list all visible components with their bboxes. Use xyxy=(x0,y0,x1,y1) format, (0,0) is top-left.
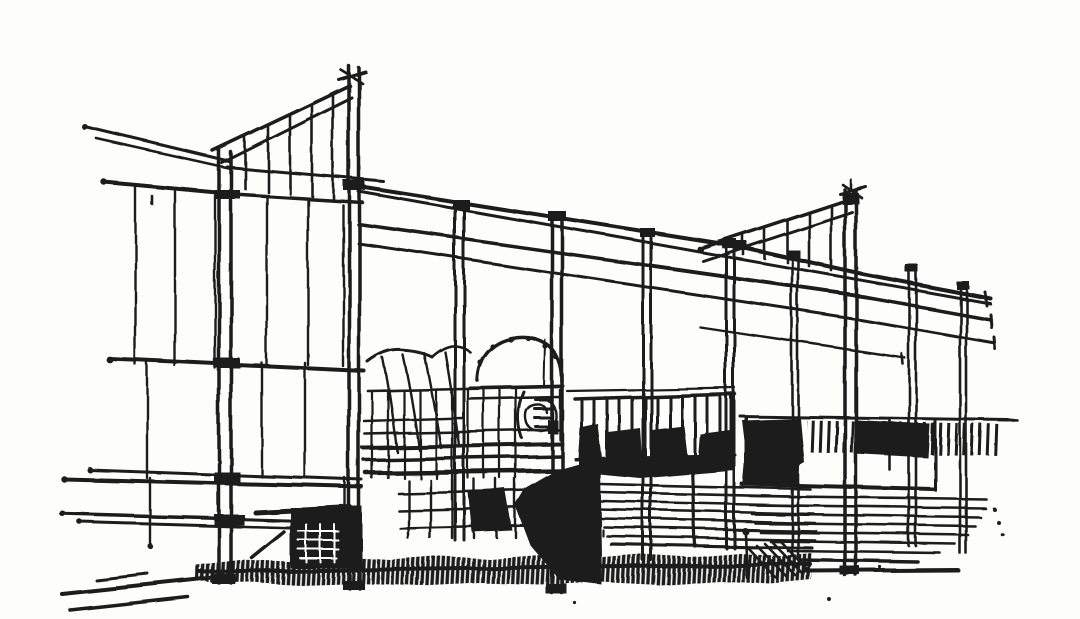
left-roof-railing xyxy=(213,70,366,199)
sketch-canvas xyxy=(0,0,1080,619)
right-railing xyxy=(740,416,1018,490)
page xyxy=(0,0,1080,619)
architectural-sketch xyxy=(0,0,1080,619)
ink-drawing xyxy=(60,66,1018,610)
ground xyxy=(62,553,812,610)
center-scaffold xyxy=(363,389,602,585)
dark-block xyxy=(252,507,350,568)
left-wall xyxy=(60,124,383,549)
